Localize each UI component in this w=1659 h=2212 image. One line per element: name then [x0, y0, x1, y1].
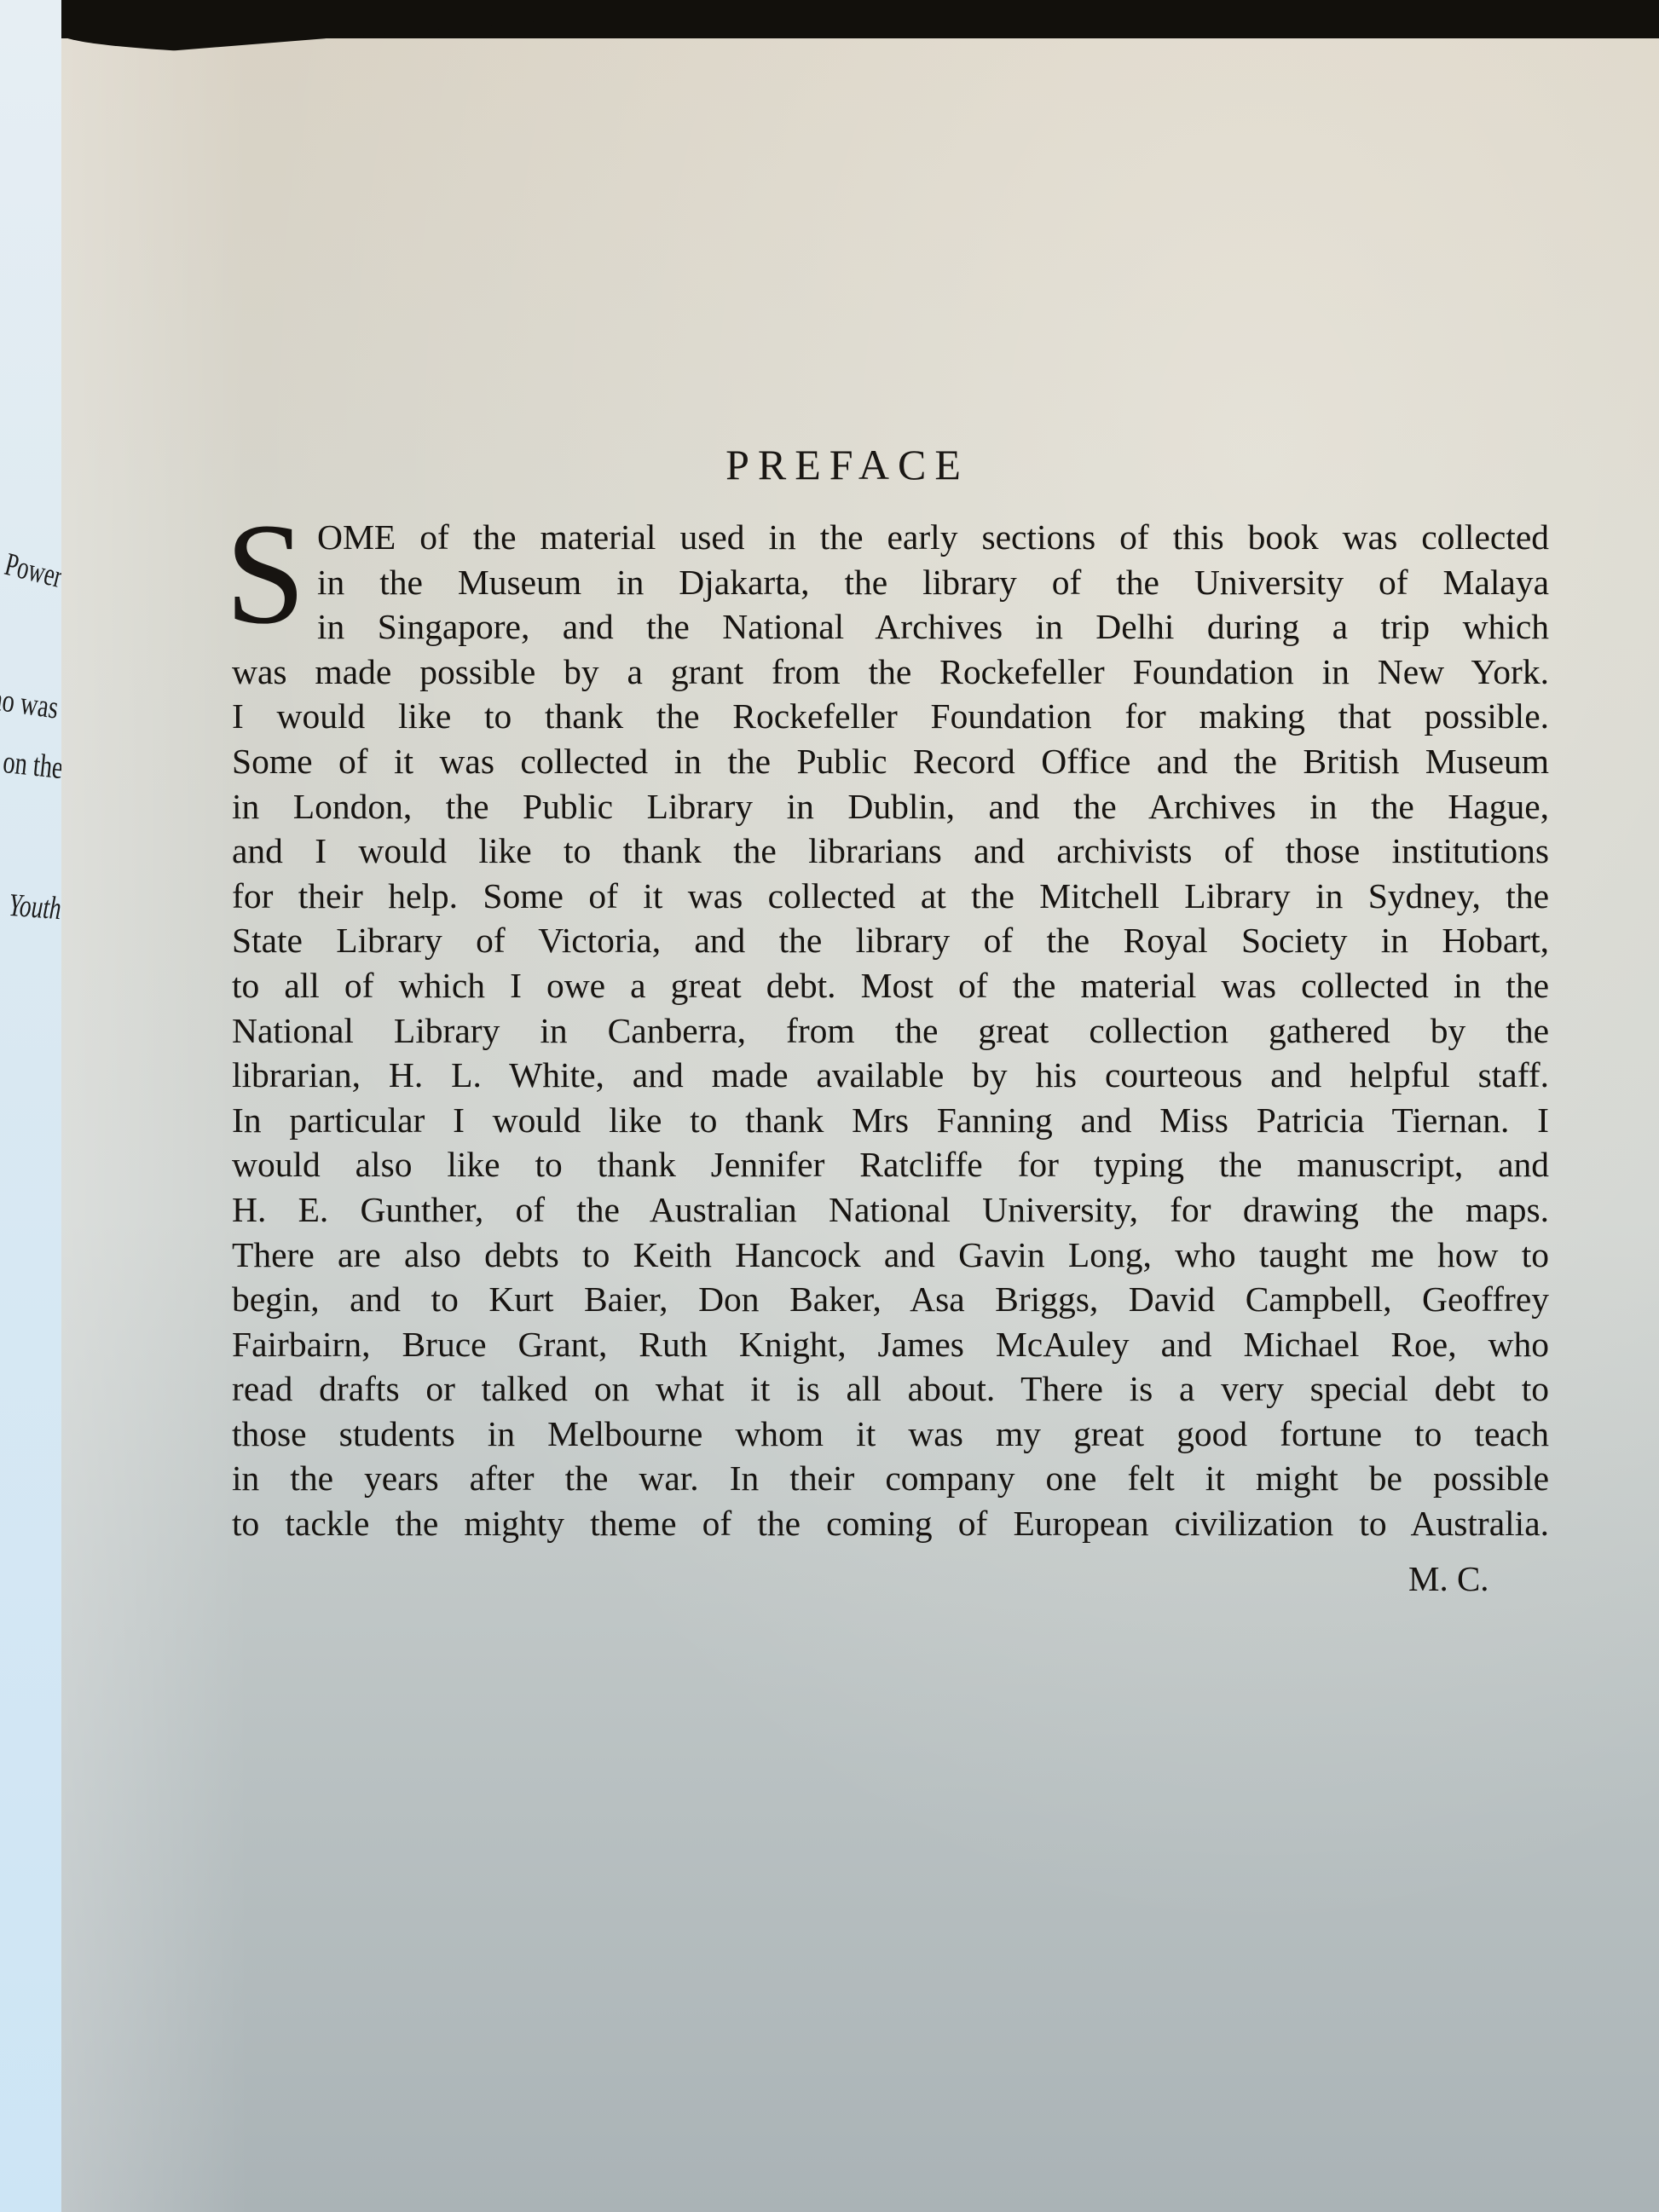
left-facing-page: Power ho was on the Youth — [0, 0, 61, 2212]
text-line: in the Museum in Djakarta, the library o… — [232, 560, 1549, 605]
text-line: H. E. Gunther, of the Australian Nationa… — [232, 1187, 1549, 1233]
left-page-fragment: Power — [1, 546, 66, 596]
book-page: PREFACE S OME of the material used in th… — [61, 0, 1659, 2212]
text-line: in the years after the war. In their com… — [232, 1456, 1549, 1501]
text-line: OME of the material used in the early se… — [232, 515, 1549, 560]
text-line: would also like to thank Jennifer Ratcli… — [232, 1142, 1549, 1187]
text-line: for their help. Some of it was collected… — [232, 874, 1549, 919]
drop-cap: S — [225, 510, 306, 638]
text-line: to tackle the mighty theme of the coming… — [232, 1501, 1549, 1546]
author-signature: M. C. — [1408, 1558, 1489, 1599]
text-line: There are also debts to Keith Hancock an… — [232, 1233, 1549, 1278]
text-line: librarian, H. L. White, and made availab… — [232, 1053, 1549, 1098]
text-line: State Library of Victoria, and the libra… — [232, 918, 1549, 963]
left-page-fragment: Youth — [8, 887, 62, 927]
text-line: I would like to thank the Rockefeller Fo… — [232, 694, 1549, 739]
text-line: to all of which I owe a great debt. Most… — [232, 963, 1549, 1008]
text-line: Fairbairn, Bruce Grant, Ruth Knight, Jam… — [232, 1322, 1549, 1367]
text-line: those students in Melbourne whom it was … — [232, 1412, 1549, 1457]
left-page-fragment: ho was — [0, 680, 61, 727]
text-line: in London, the Public Library in Dublin,… — [232, 784, 1549, 829]
left-page-fragment: on the — [1, 743, 65, 787]
preface-paragraph: S OME of the material used in the early … — [232, 515, 1549, 1546]
page-title: PREFACE — [61, 440, 1659, 489]
text-line: read drafts or talked on what it is all … — [232, 1366, 1549, 1412]
text-line: National Library in Canberra, from the g… — [232, 1008, 1549, 1054]
text-line: in Singapore, and the National Archives … — [232, 604, 1549, 650]
text-line: was made possible by a grant from the Ro… — [232, 650, 1549, 695]
text-line: and I would like to thank the librarians… — [232, 829, 1549, 874]
text-line: begin, and to Kurt Baier, Don Baker, Asa… — [232, 1277, 1549, 1322]
text-line: In particular I would like to thank Mrs … — [232, 1098, 1549, 1143]
text-line: Some of it was collected in the Public R… — [232, 739, 1549, 784]
